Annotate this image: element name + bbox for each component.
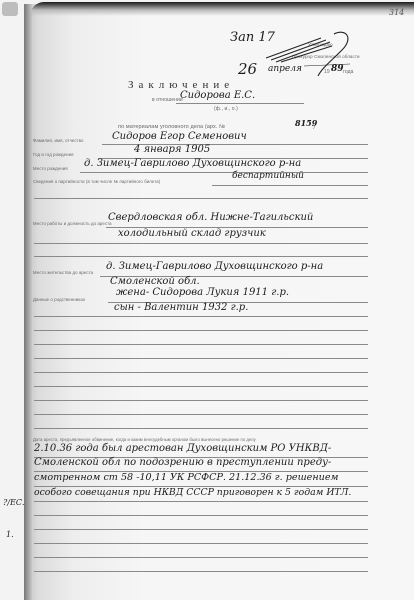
arrest-line-1: 2.10.36 года был арестован Духовщинским …	[34, 443, 331, 454]
fio-hint: (ф., и., о.)	[214, 106, 238, 112]
rule	[80, 172, 368, 173]
field-value-birthplace: д. Зимец-Гавриловo Духовщинского р-на	[84, 158, 301, 169]
arrest-line-3: смотренном ст 58 -10,11 УК РСФСР. 21.12.…	[34, 472, 338, 483]
rule	[34, 428, 368, 429]
field-label-birthdate: Год и год рождения	[33, 152, 74, 157]
rule	[34, 557, 368, 558]
rule	[34, 198, 368, 199]
field-value-work-line2: холодильный склад грузчик	[118, 228, 266, 239]
approval-block: Зап 17 Утверждаю Прокурор Смоленской обл…	[226, 28, 356, 80]
field-value-relatives-line2: сын - Валентин 1932 г.р.	[114, 302, 248, 313]
regarding-value: Сидорова Е.С.	[180, 90, 255, 101]
rule	[34, 414, 368, 415]
case-line-label: по материалам уголовного дела (арх. №	[118, 124, 225, 130]
rule	[34, 330, 368, 331]
arrest-line-4: особого совещания при НКВД СССР приговор…	[34, 487, 351, 498]
scan-corner-mark	[2, 2, 18, 16]
rule	[34, 543, 368, 544]
rule	[34, 372, 368, 373]
case-line-suffix: )	[313, 124, 315, 130]
rule	[212, 185, 368, 186]
regarding-rule	[176, 103, 304, 104]
rule	[34, 386, 368, 387]
field-label-work: Место работы и должность до ареста	[33, 221, 112, 226]
field-value-birthdate: 4 января 1905	[134, 144, 210, 155]
field-label-birthplace: Место рождения	[33, 166, 68, 171]
rule	[34, 529, 368, 530]
field-value-name: Сидоров Егор Семенович	[112, 131, 247, 142]
field-label-name: Фамилия, имя, отчество	[33, 138, 84, 143]
field-value-work: Свердловская обл. Нижне-Тагильский	[108, 212, 313, 223]
signature-icon	[226, 28, 356, 80]
field-label-relatives: Данные о родственниках	[33, 297, 85, 302]
arrest-line-2: Смоленской обл по подозрению в преступле…	[34, 457, 331, 468]
margin-note-1: ?/ЕС.	[3, 498, 25, 507]
field-value-party: беспартийный	[232, 171, 304, 181]
field-label-residence: Место жительства до ареста	[33, 270, 93, 275]
page-number: 314	[389, 8, 404, 17]
field-value-residence-line2: Смоленской обл.	[110, 276, 200, 287]
rule	[34, 316, 368, 317]
rule	[34, 571, 368, 572]
rule	[34, 243, 368, 244]
rule	[34, 400, 368, 401]
field-label-party: Сведения о партийности (в том числе № па…	[33, 179, 160, 184]
rule	[34, 344, 368, 345]
top-edge-shadow	[30, 2, 414, 16]
arrest-label: Дата ареста, предъявленное обвинение, ко…	[33, 437, 256, 442]
rule	[34, 256, 368, 257]
rule	[34, 515, 368, 516]
binding-shadow	[24, 4, 32, 600]
rule	[34, 358, 368, 359]
field-value-residence: д. Зимец-Гаврилово Духовщинского р-на	[106, 261, 323, 272]
field-value-relatives: жена- Сидорова Лукия 1911 г.р.	[116, 287, 289, 298]
margin-note-2: 1.	[6, 530, 14, 539]
rule	[34, 501, 368, 502]
